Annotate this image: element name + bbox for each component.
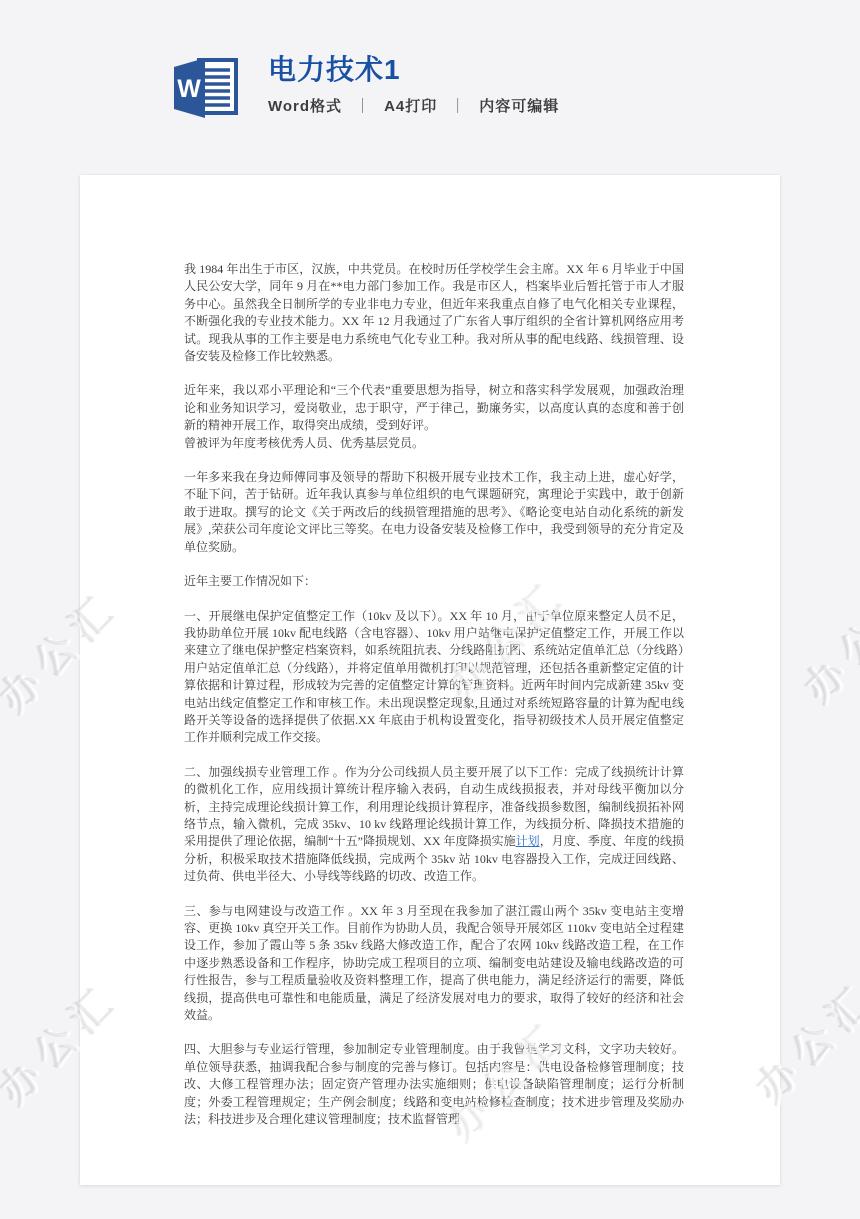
watermark-text: 办公汇 [789, 567, 860, 713]
guiding-line-1: 近年来，我以邓小平理论和“三个代表”重要思想为指导，树立和落实科学发展观，加强政… [184, 382, 684, 434]
document-header: W 电力技术1 Word格式｜A4打印｜内容可编辑 [80, 0, 780, 125]
paragraph-research: 一年多来我在身边师傅同事及领导的帮助下积极开展专业技术工作，我主动上进，虚心好学… [184, 469, 684, 556]
guiding-line-2: 曾被评为年度考核优秀人员、优秀基层党员。 [184, 435, 684, 452]
plan-link[interactable]: 计划 [516, 834, 540, 848]
paragraph-lead-in: 近年主要工作情况如下： [184, 573, 684, 590]
format-a4-label: A4打印 [384, 98, 437, 115]
paragraph-guiding: 近年来，我以邓小平理论和“三个代表”重要思想为指导，树立和落实科学发展观，加强政… [184, 382, 684, 452]
svg-text:W: W [177, 75, 201, 103]
format-word-label: Word格式 [268, 98, 342, 115]
paragraph-work-one: 一、开展继电保护定值整定工作（10kv 及以下）。XX 年 10 月，由于单位原… [184, 608, 684, 747]
word-file-icon: W [168, 54, 242, 125]
document-page: 我 1984 年出生于市区，汉族，中共党员。在校时历任学校学生会主席。XX 年 … [80, 175, 780, 1185]
format-editable-label: 内容可编辑 [479, 98, 559, 115]
paragraph-intro: 我 1984 年出生于市区，汉族，中共党员。在校时历任学校学生会主席。XX 年 … [184, 261, 684, 365]
separator-bar: ｜ [355, 98, 371, 115]
header-text: 电力技术1 Word格式｜A4打印｜内容可编辑 [268, 54, 559, 116]
paragraph-work-three: 三、参与电网建设与改造工作 。XX 年 3 月至现在我参加了湛江霞山两个 35k… [184, 903, 684, 1025]
paragraph-work-four: 四、大胆参与专业运行管理，参加制定专业管理制度。由于我曾是学习文科，文字功夫较好… [184, 1041, 684, 1128]
paragraph-work-two: 二、加强线损专业管理工作 。作为分公司线损人员主要开展了以下工作：完成了线损统计… [184, 764, 684, 886]
doc-format-info: Word格式｜A4打印｜内容可编辑 [268, 95, 559, 116]
page-title: 电力技术1 [268, 54, 559, 86]
separator-bar: ｜ [450, 98, 466, 115]
